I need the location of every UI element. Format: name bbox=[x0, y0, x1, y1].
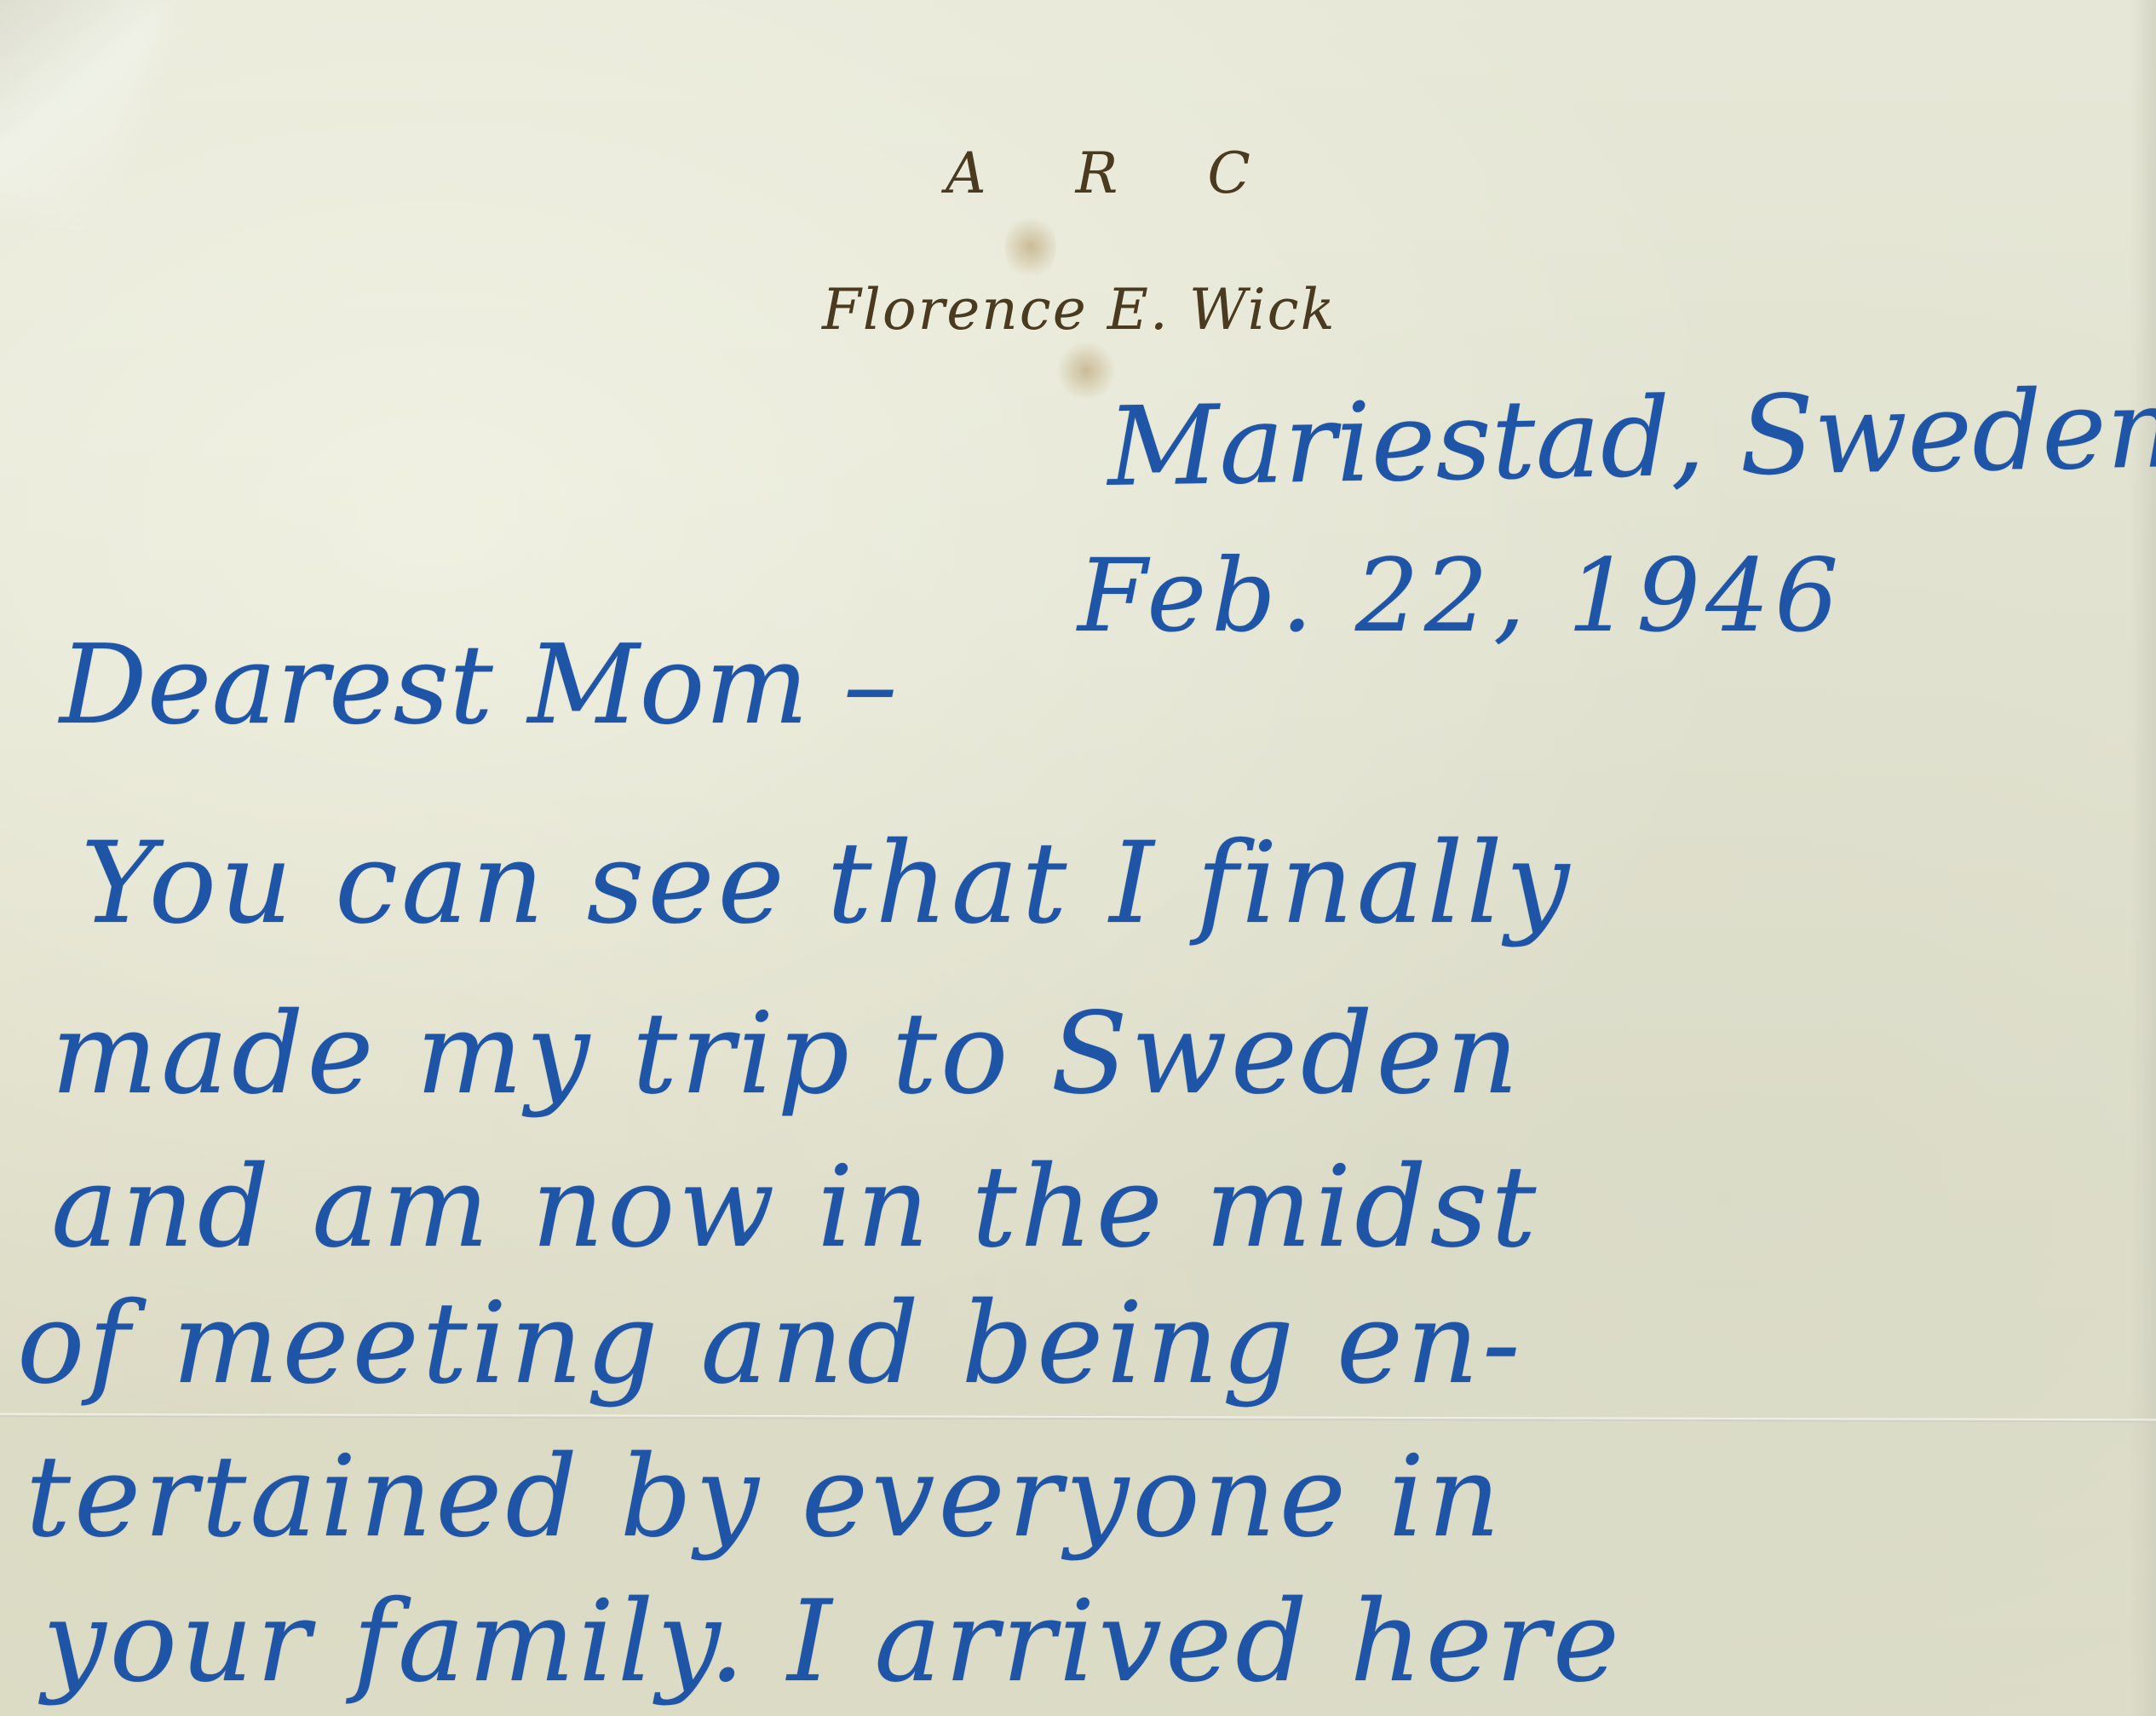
paper-curl-shadow bbox=[0, 0, 171, 229]
letter-date: Feb. 22, 1946 bbox=[1078, 537, 1843, 654]
letter-body-line: your family. I arrived here bbox=[43, 1576, 1623, 1707]
letter-location: Mariestad, Sweden bbox=[1107, 366, 2156, 511]
paper-right-edge bbox=[2130, 0, 2156, 1716]
letter-paper: A R C Florence E. Wick Mariestad, Sweden… bbox=[0, 0, 2156, 1716]
letter-body-line: tertained by everyone in bbox=[26, 1431, 1503, 1563]
letter-body-line: and am now in the midst bbox=[51, 1142, 1539, 1273]
letter-body-line: made my trip to Sweden bbox=[51, 988, 1522, 1120]
letterhead-organization: A R C bbox=[946, 141, 1286, 206]
letter-salutation: Dearest Mom – bbox=[60, 622, 898, 749]
letterhead-name: Florence E. Wick bbox=[822, 277, 1337, 343]
paper-fold-crease bbox=[0, 1414, 2156, 1423]
letter-body-line: You can see that I finally bbox=[81, 818, 1572, 949]
paper-stain bbox=[1005, 213, 1056, 281]
letter-body-line: of meeting and being en- bbox=[17, 1278, 1524, 1409]
